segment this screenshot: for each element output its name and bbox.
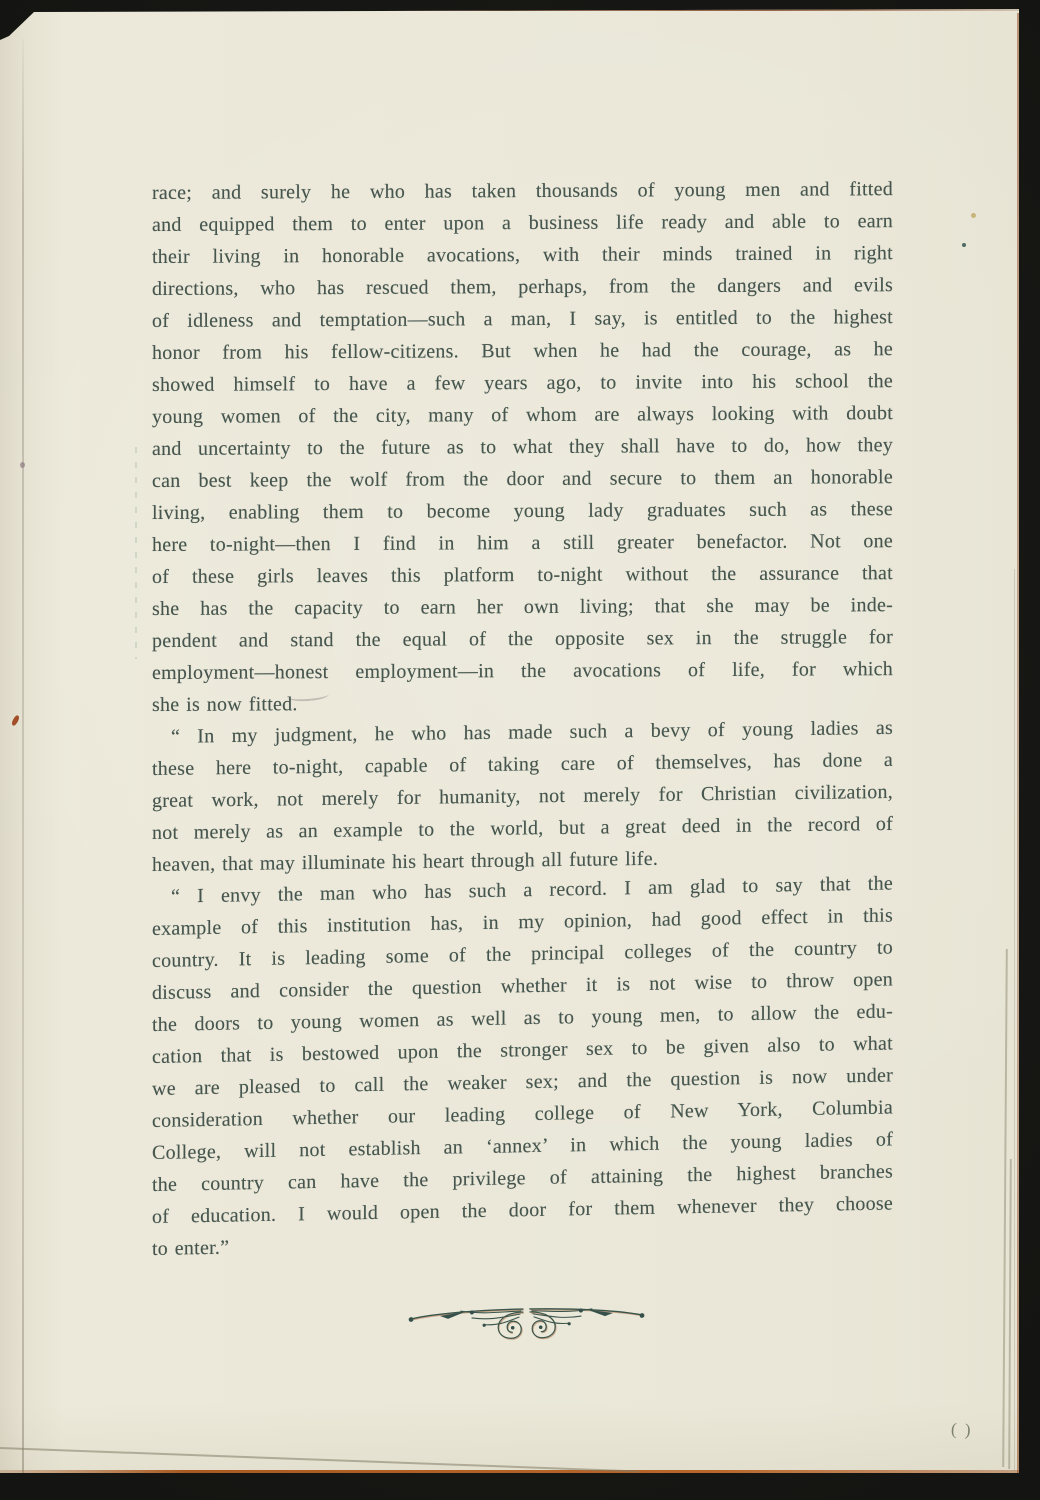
text-line: can best keep the wolf from the door and… — [152, 461, 893, 497]
scroll-flourish-icon — [404, 1288, 650, 1344]
text-line: honor from his fellow-citizens. But when… — [152, 333, 893, 369]
photo-background: race; and surely he who has taken thousa… — [0, 0, 1040, 1500]
text-line: she has the capacity to earn her own liv… — [152, 589, 893, 625]
paragraph: “ I envy the man who has such a record. … — [152, 867, 893, 1265]
book-page: race; and surely he who has taken thousa… — [0, 9, 1019, 1473]
text-line: of these girls leaves this platform to-n… — [152, 557, 893, 593]
text-line: directions, who has rescued them, perhap… — [152, 269, 893, 305]
paper-speck — [11, 714, 21, 726]
text-line: of idleness and temptation—such a man, I… — [152, 301, 893, 337]
text-line: race; and surely he who has taken thousa… — [152, 173, 893, 209]
text-line: showed himself to have a few years ago, … — [152, 365, 893, 401]
corner-mark: ( ) — [950, 1419, 973, 1440]
ink-showthrough — [135, 447, 137, 659]
text-line: here to-night—then I find in him a still… — [152, 525, 893, 561]
paragraph: “ In my judgment, he who has made such a… — [152, 712, 893, 881]
page-edge-right — [1017, 13, 1019, 1473]
paper-speck — [20, 462, 25, 468]
text-line: young women of the city, many of whom ar… — [152, 397, 893, 433]
text-line: and uncertainty to the future as to what… — [152, 429, 893, 465]
page-stack-edge — [1014, 569, 1016, 1471]
under-page-edge — [0, 1447, 640, 1472]
paper-speck — [962, 243, 966, 247]
page-text: race; and surely he who has taken thousa… — [152, 177, 893, 1265]
paper-speck — [971, 213, 976, 218]
text-line: their living in honorable avocations, wi… — [152, 237, 893, 273]
page-edge-bottom — [0, 1470, 1019, 1473]
text-line: and equipped them to enter upon a busine… — [152, 205, 893, 241]
page-edge-top — [30, 9, 1019, 11]
page-stack-edge — [1008, 1159, 1011, 1469]
text-line: living, enabling them to become young la… — [152, 493, 893, 529]
page-fold-crease — [22, 39, 24, 1473]
text-line: employment—honest employment—in the avoc… — [152, 653, 893, 689]
text-line: pendent and stand the equal of the oppos… — [152, 621, 893, 657]
page-stack-edge — [1002, 949, 1007, 1467]
paragraph: race; and surely he who has taken thousa… — [152, 173, 893, 721]
